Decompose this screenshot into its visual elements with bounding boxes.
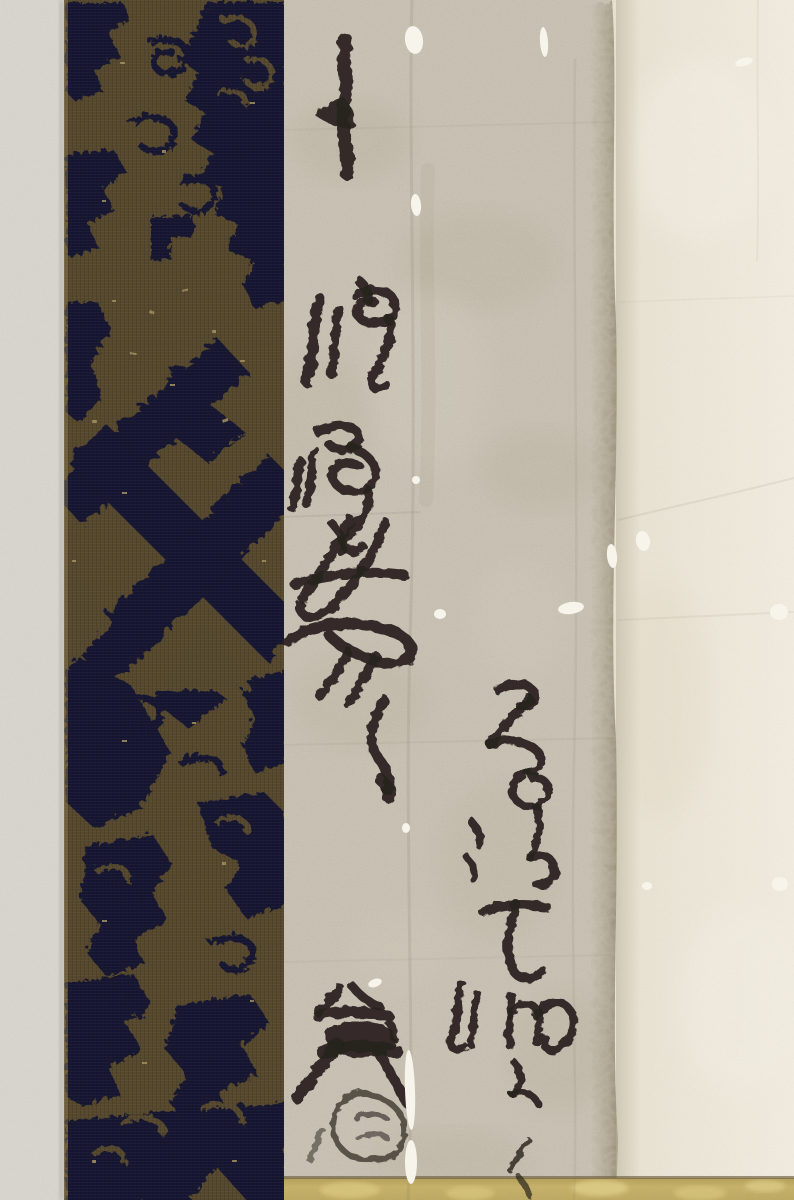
damage-spot bbox=[434, 609, 446, 619]
crease-line bbox=[757, 0, 758, 260]
crease-line bbox=[426, 170, 428, 500]
damage-spot bbox=[642, 882, 652, 890]
damage-spot bbox=[772, 877, 788, 891]
paper-edge-shadow bbox=[616, 0, 640, 1200]
brocade-border bbox=[64, 0, 284, 1200]
brocade-selvage bbox=[64, 0, 68, 1200]
scroll-edge-shadow bbox=[59, 0, 64, 1200]
scroll-photograph bbox=[0, 0, 794, 1200]
gold-silk-strip bbox=[284, 1176, 794, 1200]
scroll-photo-canvas bbox=[0, 0, 794, 1200]
damage-spot bbox=[405, 1140, 417, 1184]
damage-spot bbox=[412, 476, 420, 484]
damage-spot bbox=[770, 604, 788, 620]
wall-grain bbox=[0, 0, 64, 1200]
brocade-grain bbox=[64, 0, 284, 1200]
damage-spot bbox=[402, 823, 410, 833]
